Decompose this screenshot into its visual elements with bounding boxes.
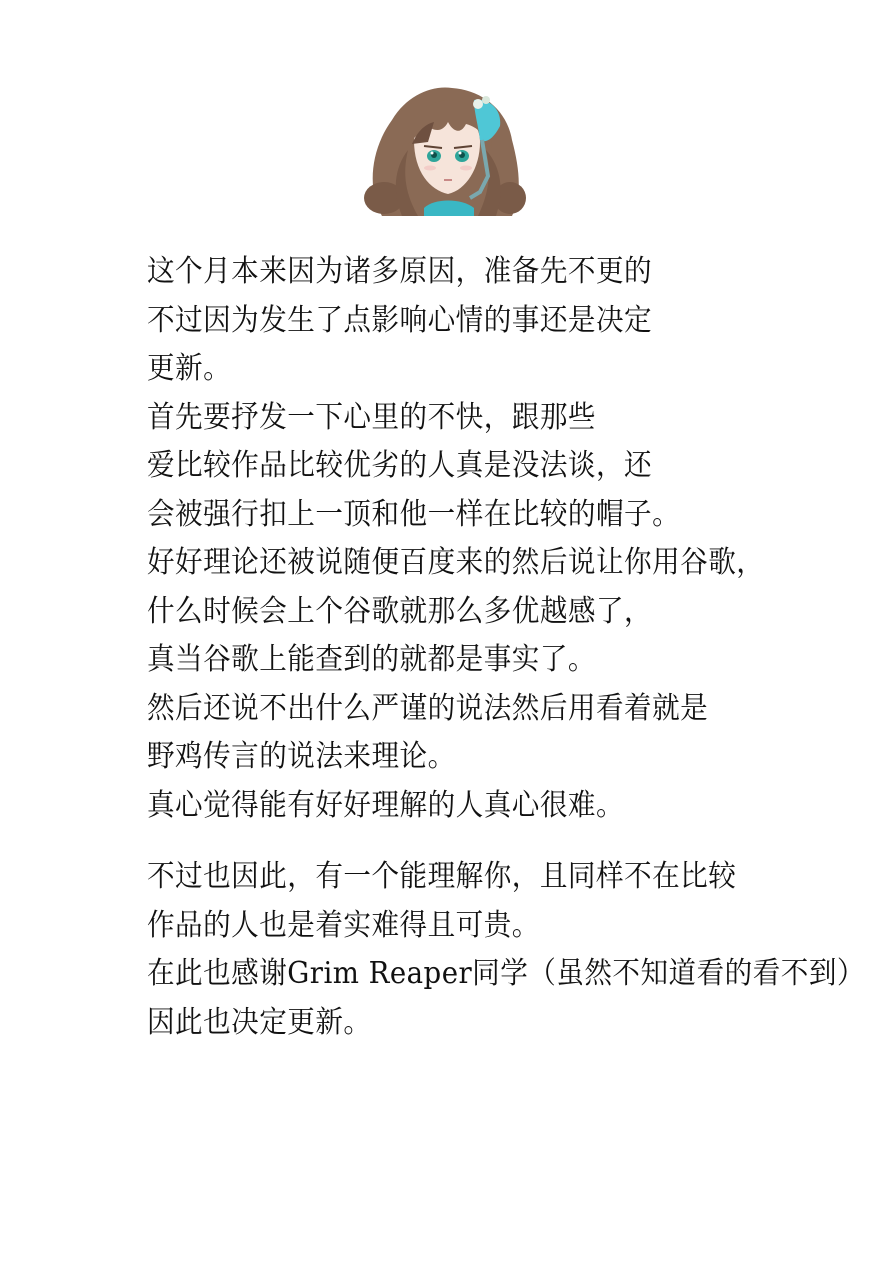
text-line: 爱比较作品比较优劣的人真是没法谈，还 [147, 442, 809, 491]
text-line: 什么时候会上个谷歌就那么多优越感了， [147, 588, 809, 637]
text-line: 更新。 [147, 345, 809, 394]
text-line: 不过因为发生了点影响心情的事还是决定 [147, 297, 809, 346]
text-line: 作品的人也是着实难得且可贵。 [147, 902, 809, 951]
text-line: 这个月本来因为诸多原因，准备先不更的 [147, 248, 809, 297]
text-line: 真心觉得能有好好理解的人真心很难。 [147, 782, 809, 831]
text-line: 首先要抒发一下心里的不快，跟那些 [147, 394, 809, 443]
avatar-illustration [362, 80, 528, 216]
text-line: 在此也感谢Grim Reaper同学（虽然不知道看的看不到） [147, 950, 809, 999]
message-text: 这个月本来因为诸多原因，准备先不更的 不过因为发生了点影响心情的事还是决定 更新… [147, 248, 867, 1047]
text-line: 然后还说不出什么严谨的说法然后用看着就是 [147, 685, 809, 734]
paragraph-1: 这个月本来因为诸多原因，准备先不更的 不过因为发生了点影响心情的事还是决定 更新… [147, 248, 867, 830]
text-line: 真当谷歌上能查到的就都是事实了。 [147, 636, 809, 685]
avatar [362, 80, 528, 216]
text-line: 不过也因此，有一个能理解你，且同样不在比较 [147, 853, 809, 902]
text-line: 因此也决定更新。 [147, 999, 809, 1048]
text-line: 野鸡传言的说法来理论。 [147, 733, 809, 782]
text-line: 好好理论还被说随便百度来的然后说让你用谷歌， [147, 539, 809, 588]
text-line: 会被强行扣上一顶和他一样在比较的帽子。 [147, 491, 809, 540]
paragraph-2: 不过也因此，有一个能理解你，且同样不在比较 作品的人也是着实难得且可贵。 在此也… [147, 853, 867, 1047]
paragraph-gap [147, 830, 867, 853]
